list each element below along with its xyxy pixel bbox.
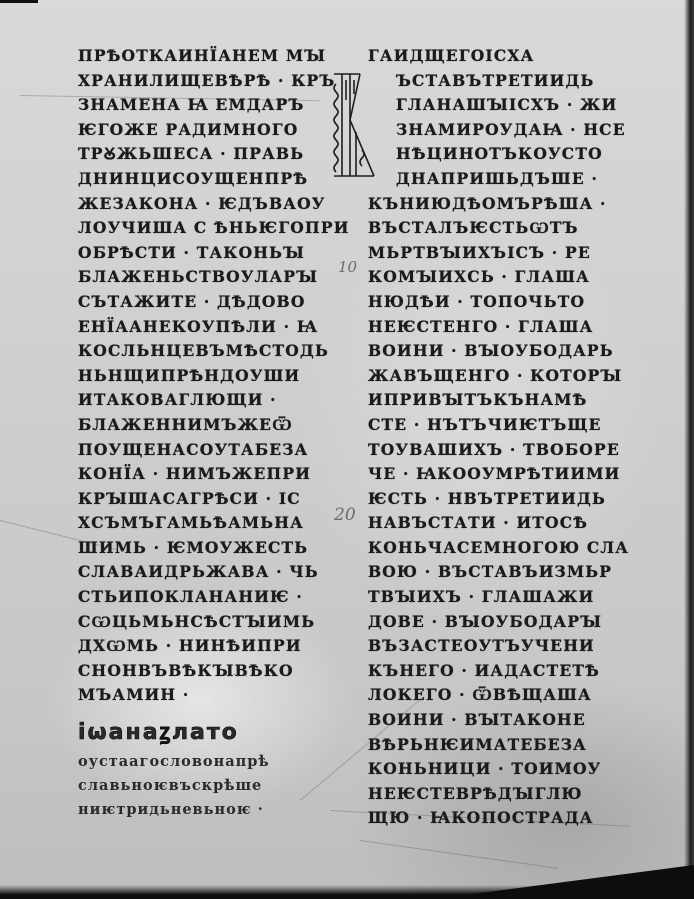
text-line: гаидщегоісха xyxy=(368,44,628,69)
title-subline: оустаагословонапрѣ xyxy=(78,750,338,774)
title-subline: ниѥтридьневьноѥ · xyxy=(78,798,338,822)
text-line: прѣоткаинїанем мꙑ xyxy=(78,44,338,69)
text-line: хранилищевѣрѣ · кръ xyxy=(78,69,338,94)
left-text-column: прѣоткаинїанем мꙑ хранилищевѣрѣ · кръ зн… xyxy=(78,44,338,822)
text-line: вою · въставъизмьр xyxy=(368,560,628,585)
text-line: шимь · ѥмоужесть xyxy=(78,536,338,561)
right-text-column: гаидщегоісха ъставътретиидь гланашꙑісхъ … xyxy=(368,44,628,831)
text-line: мьртвꙑихъісъ · ре xyxy=(368,241,628,266)
end-mark-dots: ⁖ ⁖ xyxy=(233,670,248,681)
text-line: тоувашихъ · твоборе xyxy=(368,438,628,463)
text-line: днапришьдъше · xyxy=(368,167,628,192)
page-right-edge xyxy=(684,0,694,899)
text-line: щю · ꙗкопострада xyxy=(368,806,628,831)
text-line: блаженьствоуларꙑ xyxy=(78,265,338,290)
text-line: нѣцинотъкоусто xyxy=(368,142,628,167)
manuscript-page: прѣоткаинїанем мꙑ хранилищевѣрѣ · кръ зн… xyxy=(0,0,694,899)
text-line: коньчасемногою сла xyxy=(368,536,628,561)
text-line: нюдѣи · топочьто xyxy=(368,290,628,315)
text-line: сътажите · дѣдово xyxy=(78,290,338,315)
text-line: коньници · тоимоу xyxy=(368,757,628,782)
text-line: мъамин · xyxy=(78,683,338,708)
text-line: хсъмъгамьѣамьна xyxy=(78,511,338,536)
text-line: сѡцьмьнсѣстꙑимь xyxy=(78,610,338,635)
text-line: знамена ꙗ емдаръ xyxy=(78,93,338,118)
text-line: трꙋжьшеса · правь xyxy=(78,142,338,167)
text-line: ипривꙑтъкънамѣ xyxy=(368,388,628,413)
text-line: къниюдѣомърѣша · xyxy=(368,192,628,217)
text-line: снонвъвѣкꙑвѣко xyxy=(78,659,338,684)
page-corner-shadow xyxy=(434,865,694,899)
text-line: итаковаглющи · xyxy=(78,388,338,413)
text-line: ѥгоже радимного xyxy=(78,118,338,143)
text-line: косльнцевъмѣстодь xyxy=(78,339,338,364)
text-line: поущенасоутабеза xyxy=(78,438,338,463)
text-line: кънего · иадастетѣ xyxy=(368,659,628,684)
text-line: комꙑихсь · глаша xyxy=(368,265,628,290)
text-line: жавъщенго · которꙑ xyxy=(368,364,628,389)
text-line: ньнщипрѣндоуши xyxy=(78,364,338,389)
text-line: воини · вꙑтаконе xyxy=(368,708,628,733)
text-line: че · ꙗкооумрѣтиими xyxy=(368,462,628,487)
margin-line-number-20: 20 xyxy=(334,505,356,525)
section-title-rubric: іѡанаꙁлато xyxy=(78,716,338,750)
text-line: неѥстенго · глаша xyxy=(368,315,628,340)
title-subline: славьноѥвъскрѣше xyxy=(78,774,338,798)
text-line: локего · ѿвѣщаша xyxy=(368,683,628,708)
text-line: днинцисоущенпрѣ xyxy=(78,167,338,192)
text-line: славаидрьжава · чь xyxy=(78,560,338,585)
text-line: воини · вꙑоубодарь xyxy=(368,339,628,364)
text-line: сте · нътъчиѥтъще xyxy=(368,413,628,438)
text-line: блаженнимъжеѿ xyxy=(78,413,338,438)
text-line: навъстати · итосѣ xyxy=(368,511,628,536)
text-line: крꙑшасагрѣси · іс xyxy=(78,487,338,512)
text-line: конїа · нимъжепри xyxy=(78,462,338,487)
text-line: вѣрьнѥиматебеза xyxy=(368,733,628,758)
text-line: възастеоутъучени xyxy=(368,634,628,659)
text-line: обрѣсти · таконьꙑ xyxy=(78,241,338,266)
text-line: въсталъѥстьѡтъ xyxy=(368,216,628,241)
text-line: гланашꙑісхъ · жи xyxy=(368,93,628,118)
text-line: дове · вꙑоубодарꙑ xyxy=(368,610,628,635)
margin-line-number-10: 10 xyxy=(338,258,357,276)
text-line: лоучиша с ѣньѥгопри xyxy=(78,216,338,241)
text-line: жезакона · ѥдъваоу xyxy=(78,192,338,217)
text-line: ѥсть · нвътретиидь xyxy=(368,487,628,512)
text-line: ъставътретиидь xyxy=(368,69,628,94)
parchment-crease xyxy=(360,840,558,869)
text-line: енїаанекоупѣли · ꙗ xyxy=(78,315,338,340)
text-line: знамироудаꙗ · нсе xyxy=(368,118,628,143)
text-line: дхѡмь · нинѣипри xyxy=(78,634,338,659)
text-line: твꙑихъ · глашажи xyxy=(368,585,628,610)
text-line: неѥстеврѣдꙑглю xyxy=(368,782,628,807)
scan-edge-strip xyxy=(0,0,38,3)
text-line: стьипоклананиѥ · xyxy=(78,585,338,610)
